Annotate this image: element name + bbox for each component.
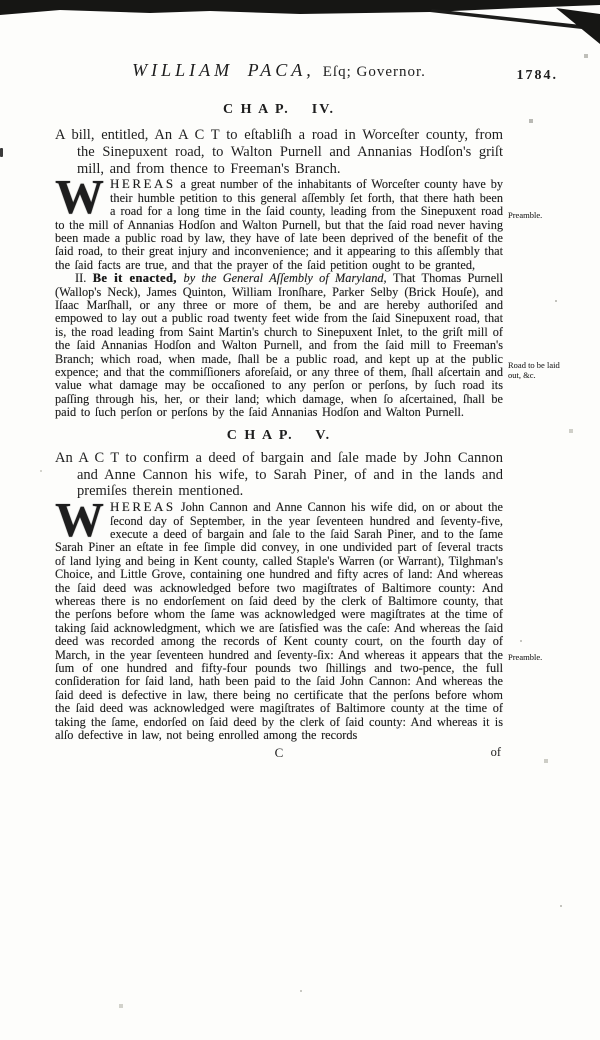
chapter-5-act-title: An A C T to confirm a deed of bargain an…: [55, 450, 503, 500]
whereas-lead: HEREAS: [110, 176, 176, 191]
chapter-5-preamble-paragraph: WHEREAS John Cannon and Anne Cannon his …: [55, 500, 503, 742]
drop-cap-w: W: [55, 501, 104, 540]
governor-name: WILLIAM PACA,: [132, 60, 315, 80]
enacting-text: That Thomas Purnell (Wallop's Neck), Jam…: [55, 271, 503, 419]
preamble-text: a great number of the inhabitants of Wor…: [55, 177, 503, 271]
chapter-4-preamble-paragraph: WHEREAS a great number of the inhabitant…: [55, 177, 503, 272]
margin-note-preamble-2: Preamble.: [508, 652, 570, 662]
text-column: WILLIAM PACA,Eſq; Governor. C H A P. IV.…: [55, 0, 503, 761]
chapter-4-act-title: A bill, entitled, An A C T to eſtabliſh …: [55, 127, 503, 177]
section-number: II.: [75, 271, 93, 285]
scan-noise: [0, 0, 2, 2]
drop-cap-w: W: [55, 178, 104, 217]
chapter-4-heading: C H A P. IV.: [55, 102, 503, 118]
by-general-assembly: by the General Aſſembly of Maryland,: [184, 271, 393, 285]
signature-mark: C: [55, 745, 503, 761]
whereas-lead: HEREAS: [110, 499, 176, 514]
enacting-clause: Be it enacted,: [93, 271, 184, 285]
chapter-5-heading: C H A P. V.: [55, 428, 503, 444]
chapter-4-enacting-paragraph: II. Be it enacted, by the General Aſſemb…: [55, 272, 503, 419]
margin-note-preamble-1: Preamble.: [508, 210, 570, 220]
preamble-text: John Cannon and Anne Cannon his wife did…: [55, 500, 503, 742]
catchword: of: [491, 745, 501, 760]
governor-title: Eſq; Governor.: [323, 64, 426, 80]
scanned-document-page: 1784. Preamble. Road to be laid out, &c.…: [0, 0, 600, 1040]
page-footer: C of: [55, 745, 503, 761]
scan-speck: [0, 148, 3, 157]
margin-note-road-to-be-laid-out: Road to be laid out, &c.: [508, 360, 570, 380]
page-year: 1784.: [517, 68, 559, 84]
running-head: WILLIAM PACA,Eſq; Governor.: [55, 60, 503, 81]
